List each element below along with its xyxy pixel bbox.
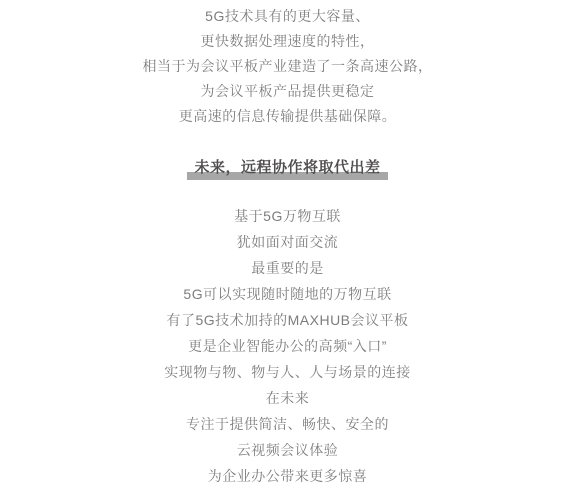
intro-line: 为会议平板产品提供更稳定 [0,79,575,104]
section-heading: 未来，远程协作将取代出差 [0,155,575,180]
intro-line: 更快数据处理速度的特性， [0,29,575,54]
body-paragraph: 基于5G万物互联 犹如面对面交流 最重要的是 5G可以实现随时随地的万物互联 有… [0,203,575,489]
intro-line: 相当于为会议平板产业建造了一条高速公路， [0,54,575,79]
intro-paragraph: 5G技术具有的更大容量、 更快数据处理速度的特性， 相当于为会议平板产业建造了一… [0,0,575,129]
body-line: 最重要的是 [0,255,575,281]
body-line: 犹如面对面交流 [0,229,575,255]
body-line: 云视频会议体验 [0,437,575,463]
body-line: 实现物与物、物与人、人与场景的连接 [0,359,575,385]
body-line: 更是企业智能办公的高频“入口” [0,333,575,359]
body-line: 基于5G万物互联 [0,203,575,229]
article-page: 5G技术具有的更大容量、 更快数据处理速度的特性， 相当于为会议平板产业建造了一… [0,0,575,490]
body-line: 有了5G技术加持的MAXHUB会议平板 [0,307,575,333]
body-line: 专注于提供简洁、畅快、安全的 [0,411,575,437]
body-line: 5G可以实现随时随地的万物互联 [0,281,575,307]
body-line: 为企业办公带来更多惊喜 [0,463,575,489]
body-line: 在未来 [0,385,575,411]
intro-line: 5G技术具有的更大容量、 [0,4,575,29]
intro-line: 更高速的信息传输提供基础保障。 [0,104,575,129]
section-heading-text: 未来，远程协作将取代出差 [187,159,387,180]
